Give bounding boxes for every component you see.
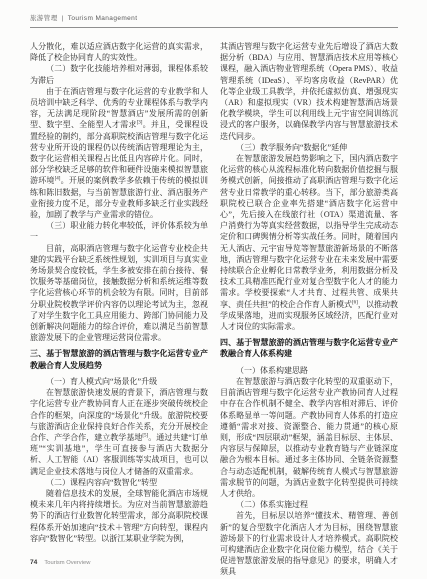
subsection-heading: （一）育人模式向“场景化”升级 — [30, 376, 208, 387]
journal-name-en: Tourism Management — [68, 15, 138, 22]
body-paragraph-continued: 其酒店管理与数字化运营专业先后增设了酒店大数据分析（BDA）与应用、智慧酒店技术… — [220, 41, 398, 142]
subsection-heading: （一）体系构建思路 — [220, 365, 398, 376]
subsection-heading: （三）职业能力转化率较低，评价体系较为单一 — [30, 220, 208, 242]
citation-reference: [5] — [142, 433, 148, 438]
section-heading: 四、基于智慧旅游的酒店管理与数字化运营专业产教融合育人体系构建 — [220, 337, 398, 359]
footer-section-label: Tourism Overview — [44, 560, 90, 566]
body-paragraph: 在智慧旅游与酒店数字化转型的双重驱动下，目前酒店管理与数字化运营专业产教协同育人… — [220, 376, 398, 499]
subsection-heading: （二）数字化技能培养相对薄弱，课程体系较为滞后 — [30, 63, 208, 85]
subsection-heading: （二）体系实施过程 — [220, 499, 398, 510]
citation-reference: [3] — [137, 121, 143, 126]
citation-reference: [6] — [352, 300, 358, 305]
body-paragraph: 首先，目标层以培养“懂技术、精管理、善创新”的复合型数字化酒店人才为目标，围绕智… — [220, 510, 398, 577]
subsection-heading: （三）教学服务向“数据化”延伸 — [220, 142, 398, 153]
text-column-left: 人分散化，难以适应酒店数字化运营的真实需求，降低了校企协同育人的实效性。（二）数… — [30, 41, 208, 578]
body-paragraph: 在智慧旅游快速发展的背景下，酒店管理与数字化运营专业产教协同育人正在逐步突破传统… — [30, 387, 208, 477]
citation-reference: [4] — [55, 177, 61, 182]
text-column-right: 其酒店管理与数字化运营专业先后增设了酒店大数据分析（BDA）与应用、智慧酒店技术… — [220, 41, 398, 578]
journal-page: 旅游管理|Tourism Management 人分散化，难以适应酒店数字化运营… — [0, 0, 427, 579]
page-number: 74 — [30, 559, 37, 566]
body-paragraph: 随着信息技术的发展，全球智能化酒店市场规模未来几年内将持续增长。为应对当前智慧旅… — [30, 488, 208, 544]
body-paragraph: 目前，高职酒店管理与数字化运营专业校企共建的实践平台缺乏系统性规划，实训项目与真… — [30, 243, 208, 344]
subsection-heading: （二）课程内容向“数智化”转型 — [30, 477, 208, 488]
header-separator: | — [62, 15, 64, 22]
page-footer: 74Tourism Overview — [30, 559, 90, 566]
section-heading: 三、基于智慧旅游的酒店管理与数字化运营专业产教融合育人发展趋势 — [30, 348, 208, 370]
article-body: 人分散化，难以适应酒店数字化运营的真实需求，降低了校企协同育人的实效性。（二）数… — [30, 41, 398, 578]
body-paragraph: 由于在酒店管理与数字化运营的专业教学和人员培训中缺乏科学、优秀的专业课程体系与教… — [30, 86, 208, 220]
journal-name-zh: 旅游管理 — [30, 15, 58, 22]
body-paragraph: 在智慧旅游发展趋势影响之下，国内酒店数字化运营的核心从流程标准化转向数据价值挖掘… — [220, 153, 398, 332]
running-header: 旅游管理|Tourism Management — [30, 13, 398, 28]
body-paragraph-continued: 人分散化，难以适应酒店数字化运营的真实需求，降低了校企协同育人的实效性。 — [30, 41, 208, 63]
